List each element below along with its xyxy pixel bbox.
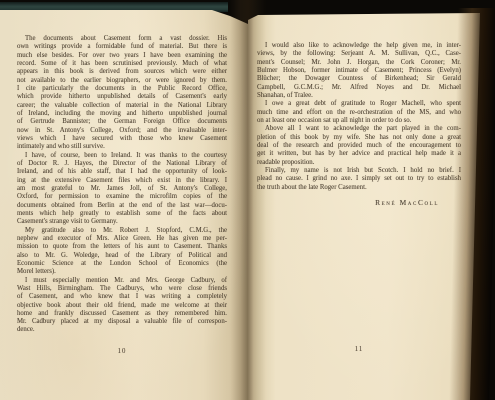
text-line: Casement's strange visit to Germany. (17, 218, 227, 226)
text-line: plead no cause. I grind no axe. I simply… (257, 175, 461, 183)
text-line: intimately and who still survive. (17, 143, 227, 151)
text-line: home and frankly discussed Casement as t… (17, 310, 227, 318)
left-page-number: 10 (17, 348, 227, 355)
paragraph: Above all I want to acknowledge the part… (257, 125, 461, 167)
text-line: My gratitude also to Mr. Robert J. Stopf… (17, 227, 227, 235)
text-line: also to Mr. G. Woledge, head of the Libr… (17, 252, 227, 260)
paragraph: Finally, my name is not Irish but Scotch… (257, 167, 461, 192)
text-line: Mr. Cadbury placed at my disposal a valu… (17, 318, 227, 326)
text-line: documents obtained from Berlin at the en… (17, 202, 227, 210)
text-line: get it written, but has by her advice an… (257, 150, 461, 158)
text-line: which provide hitherto unpublished detai… (17, 93, 227, 101)
paragraph: I owe a great debt of gratitude to Roger… (257, 100, 461, 125)
text-line: views, by the following: Serjeant A. M. … (257, 50, 461, 58)
text-line: views which I have secured with those wh… (17, 135, 227, 143)
text-line: dence. (17, 326, 227, 334)
text-line: much time and effort on the re-orchestra… (257, 109, 461, 117)
text-line: I have, of course, been to Ireland. It w… (17, 152, 227, 160)
text-line: much else besides. For over two years I … (17, 52, 227, 60)
book-scan: The documents about Casement form a vast… (0, 0, 495, 400)
paragraph: I have, of course, been to Ireland. It w… (17, 152, 227, 227)
text-line: of Casement, and who knew that I was wri… (17, 293, 227, 301)
right-page-number: 11 (257, 346, 461, 353)
text-line: ments which help greatly to establish so… (17, 210, 227, 218)
text-line: not available to the earlier biographers… (17, 77, 227, 85)
text-line: nephew and executor of Mrs. Alice Green.… (17, 235, 227, 243)
text-line: deal of the research and provided much o… (257, 142, 461, 150)
text-line: ing at the extensive Casement files whic… (17, 177, 227, 185)
text-line: ment's Counsel; Mr. John J. Horgan, the … (257, 59, 461, 67)
text-line: Blücher; the Dowager Countess of Birkenh… (257, 75, 461, 83)
paragraph: I would also like to acknowledge the hel… (257, 42, 461, 100)
text-line: appears in this book is derived from sou… (17, 68, 227, 76)
text-line: Ireland, and of his able staff, that I h… (17, 168, 227, 176)
text-line: of Doctor R. J. Hayes, the Director of t… (17, 160, 227, 168)
text-line: Campbell, G.C.M.G.; Mr. Alfred Noyes and… (257, 84, 461, 92)
text-line: Morel letters). (17, 268, 227, 276)
paragraph: The documents about Casement form a vast… (17, 35, 227, 152)
text-line: I must especially mention Mr. and Mrs. G… (17, 277, 227, 285)
text-line: Economic Science at the London School of… (17, 260, 227, 268)
right-page: I would also like to acknowledge the hel… (248, 13, 480, 400)
text-line: Above all I want to acknowledge the part… (257, 125, 461, 133)
text-line: objective book about their old friend, m… (17, 302, 227, 310)
paragraph: My gratitude also to Mr. Robert J. Stopf… (17, 227, 227, 277)
text-line: of Gertrude Bannister; the German Foreig… (17, 118, 227, 126)
text-line: Oxford, for permission to examine the mi… (17, 193, 227, 201)
text-line: Finally, my name is not Irish but Scotch… (257, 167, 461, 175)
text-line: readable proposition. (257, 159, 461, 167)
text-line: career; the valuable collection of mater… (17, 102, 227, 110)
text-line: I owe a great debt of gratitude to Roger… (257, 100, 461, 108)
paragraph: I must especially mention Mr. and Mrs. G… (17, 277, 227, 335)
text-line: mission to quote from the letters of his… (17, 243, 227, 251)
text-line: am most grateful to Mr. James Joll, of S… (17, 185, 227, 193)
text-line: own writings provide a formidable fund o… (17, 43, 227, 51)
text-line: Wast Hills, Birmingham. The Cadburys, wh… (17, 285, 227, 293)
text-line: on at least one occasion sat up all nigh… (257, 117, 461, 125)
left-page: The documents about Casement form a vast… (0, 10, 248, 400)
author-signature: René MacColl (257, 199, 461, 207)
text-line: the truth about the late Roger Casement. (257, 184, 461, 192)
left-page-text: The documents about Casement form a vast… (17, 35, 227, 335)
text-line: now in St. Antony's College, Oxford; and… (17, 127, 227, 135)
text-line: pletion of this book by my wife. She has… (257, 134, 461, 142)
right-page-text: I would also like to acknowledge the hel… (257, 42, 461, 207)
